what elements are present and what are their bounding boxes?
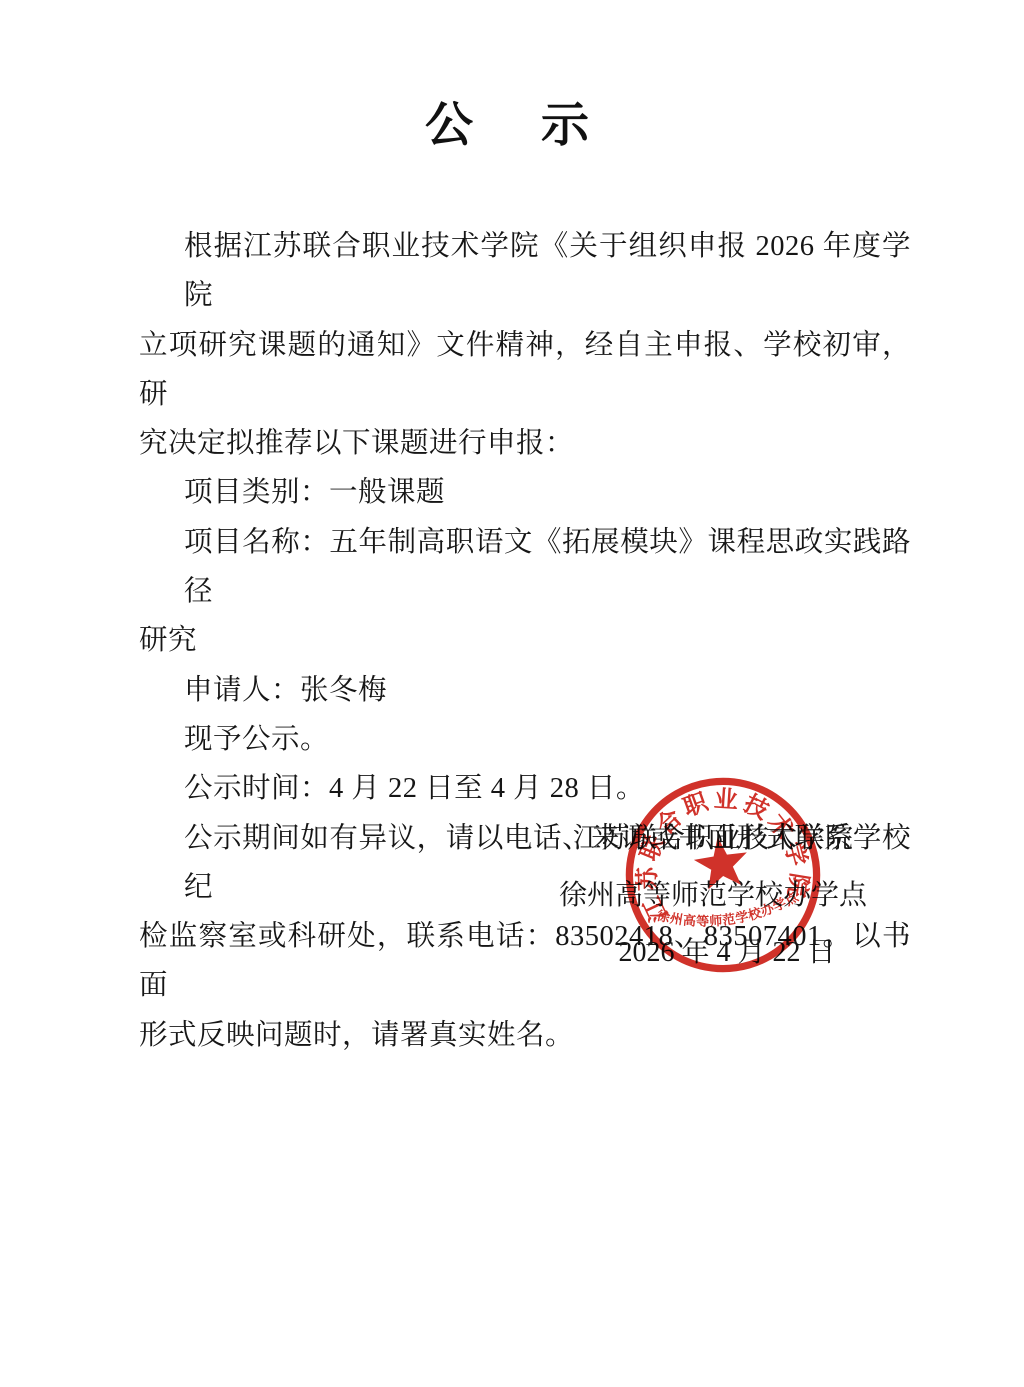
notice-line-project-name: 项目名称：五年制高职语文《拓展模块》课程思政实践路径 xyxy=(139,518,911,617)
notice-line: 根据江苏联合职业技术学院《关于组织申报 2026 年度学院 xyxy=(139,222,911,321)
official-seal-graphic: 江苏联合职业技术学院 徐州高等师范学校办学点 xyxy=(606,758,841,993)
notice-line: 现予公示。 xyxy=(139,715,911,764)
notice-line-project-category: 项目类别：一般课题 xyxy=(139,468,911,517)
seal-bottom-text: 徐州高等师范学校办学点 xyxy=(653,888,803,937)
notice-line: 形式反映问题时，请署真实姓名。 xyxy=(139,1011,911,1060)
notice-line: 研究 xyxy=(139,616,911,665)
notice-document: 公 示 根据江苏联合职业技术学院《关于组织申报 2026 年度学院 立项研究课题… xyxy=(0,0,1024,1387)
notice-line: 究决定拟推荐以下课题进行申报： xyxy=(139,419,911,468)
notice-line-applicant: 申请人：张冬梅 xyxy=(139,666,911,715)
notice-line: 立项研究课题的通知》文件精神，经自主申报、学校初审，研 xyxy=(139,321,911,420)
official-seal: 江苏联合职业技术学院 徐州高等师范学校办学点 xyxy=(606,758,841,993)
seal-star-icon xyxy=(691,833,751,891)
notice-title: 公 示 xyxy=(0,100,1024,152)
